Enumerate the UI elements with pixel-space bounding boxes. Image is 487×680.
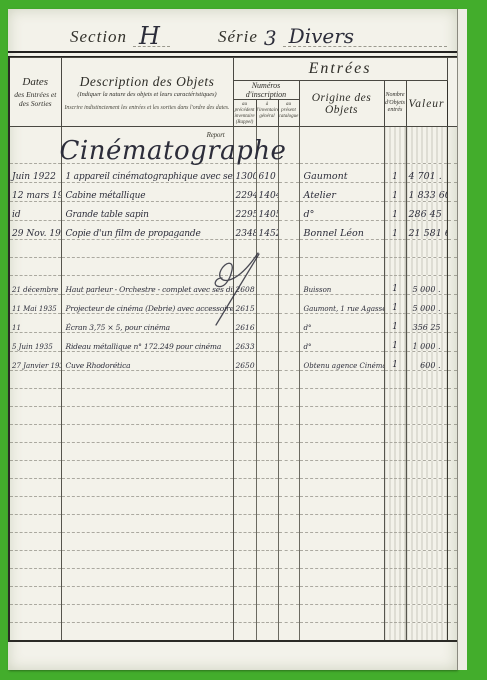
inventory-table: Dates des Entrées et des Sorties Descrip… xyxy=(8,57,459,642)
cell-origine: d° xyxy=(299,333,384,352)
page-title-band: Section H Série 3 Divers xyxy=(8,9,457,49)
cell-valeur: 356 25 xyxy=(406,314,447,333)
ledger-page: Section H Série 3 Divers Dates des Entré… xyxy=(8,9,457,670)
cell-nombre: 1 xyxy=(384,352,406,371)
cell-date: Juin 1922 xyxy=(9,164,61,183)
empty-ruled-row xyxy=(9,371,458,389)
cell-num-rappel: 2295 xyxy=(233,202,256,221)
column-header-num-general: à l'inventaire général xyxy=(256,100,278,127)
cell-description: Rideau métallique n° 172.249 pour cinéma xyxy=(61,333,233,352)
empty-ruled-row xyxy=(9,515,458,533)
cell-num-general xyxy=(256,314,278,333)
cell-valeur: 600 . xyxy=(406,352,447,371)
serie-title: Divers xyxy=(283,27,447,47)
cell-num-catalogue xyxy=(278,352,299,371)
cell-nombre: 1 xyxy=(384,314,406,333)
category-heading: Cinématographe xyxy=(60,139,231,163)
cell-nombre: 1 xyxy=(384,221,406,240)
cell-num-general: 610 xyxy=(256,164,278,183)
cell-num-catalogue xyxy=(278,183,299,202)
cell-num-catalogue xyxy=(278,221,299,240)
cell-num-catalogue xyxy=(278,276,299,295)
scan-page-edge xyxy=(457,9,467,670)
cell-date: 27 Janvier 1936 xyxy=(9,352,61,371)
cell-heading: Report Cinématographe xyxy=(61,127,233,164)
cell-valeur: 21 581 65 xyxy=(406,221,447,240)
cell-origine: Obtenu agence Cinéma Lux xyxy=(299,352,384,371)
cell-num-catalogue xyxy=(278,202,299,221)
cell-valeur: 286 45 xyxy=(406,202,447,221)
cell-valeur: 1 833 60 xyxy=(406,183,447,202)
empty-ruled-row xyxy=(9,533,458,551)
empty-ruled-row xyxy=(9,407,458,425)
cell-origine: d° xyxy=(299,314,384,333)
table-body: Report Cinématographe Juin 1922 1 appare… xyxy=(9,127,458,641)
column-header-num-rappel: au précédent inventaire (Rappel) xyxy=(233,100,256,127)
cell-num-general xyxy=(256,352,278,371)
column-header-nombre: Nombre d'Objets entrés xyxy=(384,81,406,127)
cell-description: Projecteur de cinéma (Debrie) avec acces… xyxy=(61,295,233,314)
cell-description: Grande table sapin xyxy=(61,202,233,221)
cell-num-general: 1452 xyxy=(256,221,278,240)
report-heading-row: Report Cinématographe xyxy=(9,127,458,164)
empty-ruled-row xyxy=(9,461,458,479)
cell-num-rappel: 1300 xyxy=(233,164,256,183)
column-header-description: Description des Objets (Indiquer la natu… xyxy=(61,58,233,127)
cell-num-catalogue xyxy=(278,295,299,314)
cell-num-rappel: 2616 xyxy=(233,314,256,333)
cell-nombre: 1 xyxy=(384,202,406,221)
empty-ruled-row xyxy=(9,587,458,605)
table-row: 29 Nov. 1927 Copie d'un film de propagan… xyxy=(9,221,458,240)
empty-ruled-row xyxy=(9,389,458,407)
section-label: Section xyxy=(70,27,127,47)
table-row: Juin 1922 1 appareil cinématographique a… xyxy=(9,164,458,183)
cell-origine: Bonnel Léon xyxy=(299,221,384,240)
cell-date: 12 mars 1927 xyxy=(9,183,61,202)
cell-origine: d° xyxy=(299,202,384,221)
cell-num-rappel: 2294 xyxy=(233,183,256,202)
cell-description: Haut parleur - Orchestre - complet avec … xyxy=(61,276,233,295)
table-row: id Grande table sapin 2295 1405 d° 1 286… xyxy=(9,202,458,221)
cell-num-rappel: 2608 xyxy=(233,276,256,295)
cell-num-general xyxy=(256,295,278,314)
cell-description: Cuve Rhodorética xyxy=(61,352,233,371)
cell-num-general: 1405 xyxy=(256,202,278,221)
cell-origine: Atelier xyxy=(299,183,384,202)
cell-num-rappel: 2615 xyxy=(233,295,256,314)
empty-ruled-row xyxy=(9,605,458,623)
empty-ruled-row xyxy=(9,497,458,515)
cell-num-general: 1404 xyxy=(256,183,278,202)
cell-nombre: 1 xyxy=(384,164,406,183)
cell-date: 11 xyxy=(9,314,61,333)
empty-ruled-row xyxy=(9,425,458,443)
cell-num-general xyxy=(256,333,278,352)
serie-value: 3 xyxy=(264,29,277,47)
cell-nombre: 1 xyxy=(384,276,406,295)
column-header-dates: Dates des Entrées et des Sorties xyxy=(9,58,61,127)
cell-date: id xyxy=(9,202,61,221)
table-row: 11 Écran 3,75 × 5, pour cinéma 2616 d° 1… xyxy=(9,314,458,333)
cell-num-catalogue xyxy=(278,314,299,333)
cell-date: 11 Mai 1935 xyxy=(9,295,61,314)
table-row: 5 Juin 1935 Rideau métallique n° 172.249… xyxy=(9,333,458,352)
cell-valeur: 5 000 . xyxy=(406,276,447,295)
column-header-num-catalogue: au présent catalogue xyxy=(278,100,299,127)
cell-date: 21 décembre 1934 xyxy=(9,276,61,295)
table-row: 27 Janvier 1936 Cuve Rhodorética 2650 Ob… xyxy=(9,352,458,371)
cell-date: 5 Juin 1935 xyxy=(9,333,61,352)
cell-num-catalogue xyxy=(278,164,299,183)
section-value: H xyxy=(133,27,170,47)
empty-ruled-row xyxy=(9,551,458,569)
cell-date xyxy=(9,127,61,164)
empty-ruled-row xyxy=(9,258,458,276)
table-row: 21 décembre 1934 Haut parleur - Orchestr… xyxy=(9,276,458,295)
cell-nombre: 1 xyxy=(384,183,406,202)
cell-origine: Buisson xyxy=(299,276,384,295)
table-row: 12 mars 1927 Cabine métallique 2294 1404… xyxy=(9,183,458,202)
cell-num-catalogue xyxy=(278,333,299,352)
empty-ruled-row xyxy=(9,443,458,461)
column-header-numeros: Numéros d'inscription xyxy=(233,81,299,100)
cell-num-rappel: 2348 xyxy=(233,221,256,240)
column-header-valeur: Valeur xyxy=(406,81,447,127)
cell-num-general xyxy=(256,276,278,295)
section-header-entrees: Entrées xyxy=(233,58,447,81)
empty-ruled-row xyxy=(9,240,458,258)
cell-num-rappel: 2650 xyxy=(233,352,256,371)
empty-ruled-row xyxy=(9,623,458,641)
cell-description: Cabine métallique xyxy=(61,183,233,202)
serie-label: Série xyxy=(218,27,258,47)
cell-description: Copie d'un film de propagande xyxy=(61,221,233,240)
cell-valeur: 5 000 . xyxy=(406,295,447,314)
cell-nombre: 1 xyxy=(384,295,406,314)
table-row: 11 Mai 1935 Projecteur de cinéma (Debrie… xyxy=(9,295,458,314)
cell-origine: Gaumont xyxy=(299,164,384,183)
cell-num-rappel: 2633 xyxy=(233,333,256,352)
cell-description: Écran 3,75 × 5, pour cinéma xyxy=(61,314,233,333)
empty-ruled-row xyxy=(9,479,458,497)
cell-description: 1 appareil cinématographique avec ses ac… xyxy=(61,164,233,183)
cell-origine: Gaumont, 1 rue Agasse à Paris xyxy=(299,295,384,314)
cell-valeur: 4 701 . xyxy=(406,164,447,183)
cell-nombre: 1 xyxy=(384,333,406,352)
table-header: Dates des Entrées et des Sorties Descrip… xyxy=(9,58,458,127)
cell-valeur: 1 000 . xyxy=(406,333,447,352)
cell-date: 29 Nov. 1927 xyxy=(9,221,61,240)
empty-ruled-row xyxy=(9,569,458,587)
column-header-origine: Origine des Objets xyxy=(299,81,384,127)
